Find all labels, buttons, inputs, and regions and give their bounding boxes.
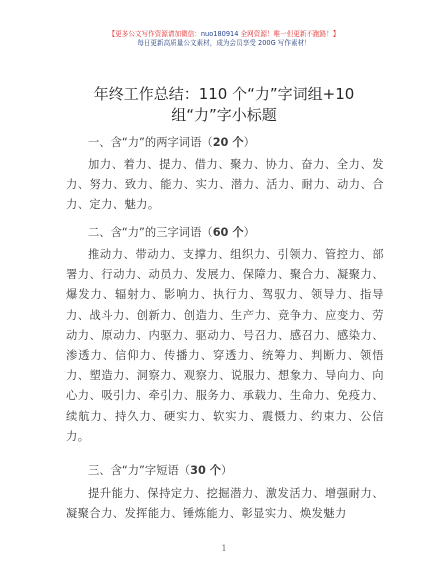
document-title: 年终工作总结：110 个“力”字词组+10 组“力”字小标题 [0,84,448,126]
wechat-id: nuo180914 [201,30,239,38]
section-body-2: 推动力、带动力、支撑力、组织力、引领力、管控力、部署力、行动力、动员力、发展力、… [66,245,384,447]
heading-close: ） [244,226,255,239]
section-heading-3: 三、含“力”字短语（30 个） [88,462,232,478]
section-heading-1: 一、含“力”的两字词语（20 个） [88,134,255,150]
promo-banner-line2: 每日更新高质量公文素材，成为会员享受 200G 写作素材！ [0,39,448,48]
heading-text: 一、含“力”的两字词语（ [88,136,213,149]
section-body-1: 加力、着力、提力、借力、聚力、协力、奋力、全力、发力、努力、致力、能力、实力、潜… [66,155,384,216]
heading-text: 三、含“力”字短语（ [88,464,190,477]
promo-banner-line1: 【更多公文写作资源请加微信：nuo180914 全网资源！唯一但更新不跑路！】 [0,30,448,39]
section-heading-2: 二、含“力”的三字词语（60 个） [88,224,255,240]
heading-count: 30 个 [190,464,221,477]
promo-banner: 【更多公文写作资源请加微信：nuo180914 全网资源！唯一但更新不跑路！】 … [0,30,448,48]
promo-prefix: 【更多公文写作资源请加微信： [109,30,201,38]
heading-close: ） [221,464,232,477]
heading-count: 20 个 [213,136,244,149]
heading-text: 二、含“力”的三字词语（ [88,226,213,239]
title-line2: 组“力”字小标题 [0,105,448,126]
promo-suffix: 全网资源！唯一但更新不跑路！】 [238,30,339,38]
page-number: 1 [0,544,448,553]
title-line1: 年终工作总结：110 个“力”字词组+10 [0,84,448,105]
section-body-3: 提升能力、保持定力、挖掘潜力、激发活力、增强耐力、凝聚合力、发挥能力、锤炼能力、… [66,484,384,524]
heading-close: ） [244,136,255,149]
heading-count: 60 个 [213,226,244,239]
